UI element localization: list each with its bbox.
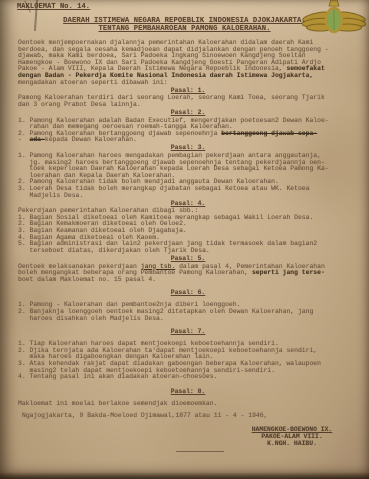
winged-crest-emblem-icon	[302, 0, 366, 44]
spacer	[18, 322, 358, 327]
spacer	[18, 381, 358, 388]
document-body: Oentoek menjempoernakan djalannja pemeri…	[18, 40, 358, 452]
body-text-line: Madjelis Desa.	[18, 193, 358, 200]
body-text-line: haroes disahkan oleh Madjelis Desa.	[18, 316, 358, 323]
signature-line: PAKOE-ALAM VIII.	[224, 433, 360, 440]
bottom-shadow	[0, 472, 369, 479]
text-segment-dark: dengan Badan - Pekerdja Komite Nasional …	[18, 72, 313, 79]
body-text-line: boet dalam Makloemat no. 15 pasal 4.	[18, 277, 358, 284]
body-text-line: Makloemat ini moelai berlakoe semendjak …	[18, 401, 358, 408]
spacer	[18, 420, 358, 425]
pasal-heading: Pasal: 7.	[18, 329, 358, 336]
text-segment-plain: kepada Dewan Kaloerahan.	[45, 136, 137, 143]
signature-line: K.NGH. HAIBU.	[224, 440, 360, 447]
pasal-heading: Pasal: 6.	[18, 290, 358, 297]
pasal-heading: Pasal: 2.	[18, 110, 358, 117]
signature-rule	[176, 451, 224, 452]
pasal-heading: Pasal: 8.	[18, 389, 358, 396]
body-text-line: - ada-kepada Dewan Kaloerahan.	[18, 137, 358, 144]
signature-line: HAMENGKOE-BOEWONO IX.	[224, 426, 360, 433]
text-segment-strike: bertanggoeng djawab sepa-	[221, 130, 317, 137]
body-text-line: dan 3 orang Prabot Desa lainnja.	[18, 102, 358, 109]
document-number-title: MAKLOEMAT No. 14.	[17, 3, 90, 11]
pasal-heading: Pasal: 5.	[18, 256, 358, 263]
signature-block: HAMENGKOE-BOEWONO IX.PAKOE-ALAM VIII.K.N…	[224, 426, 360, 447]
scanned-document-page: MAKLOEMAT No. 14. DAERAH ISTIMEWA NEGARA…	[0, 0, 369, 479]
pasal-heading: Pasal: 3.	[18, 145, 358, 152]
text-segment-plain: -	[18, 136, 30, 143]
body-text-line: mengadakan atoeran seperti dibawah ini:	[18, 80, 358, 87]
date-line: Ngajogjakarta, 9 Bakda-Moeloed Djimawal,…	[22, 413, 358, 420]
body-text-line: terseboet diatas, dikerdjakan oleh Tjari…	[18, 248, 358, 255]
text-segment-strike: ada-	[30, 136, 45, 143]
text-segment-dark: seperti jang terse-	[252, 269, 325, 276]
spacer	[18, 283, 358, 288]
body-text-line: 4. Tentang pasal ini akan diadakan atoer…	[18, 374, 358, 381]
